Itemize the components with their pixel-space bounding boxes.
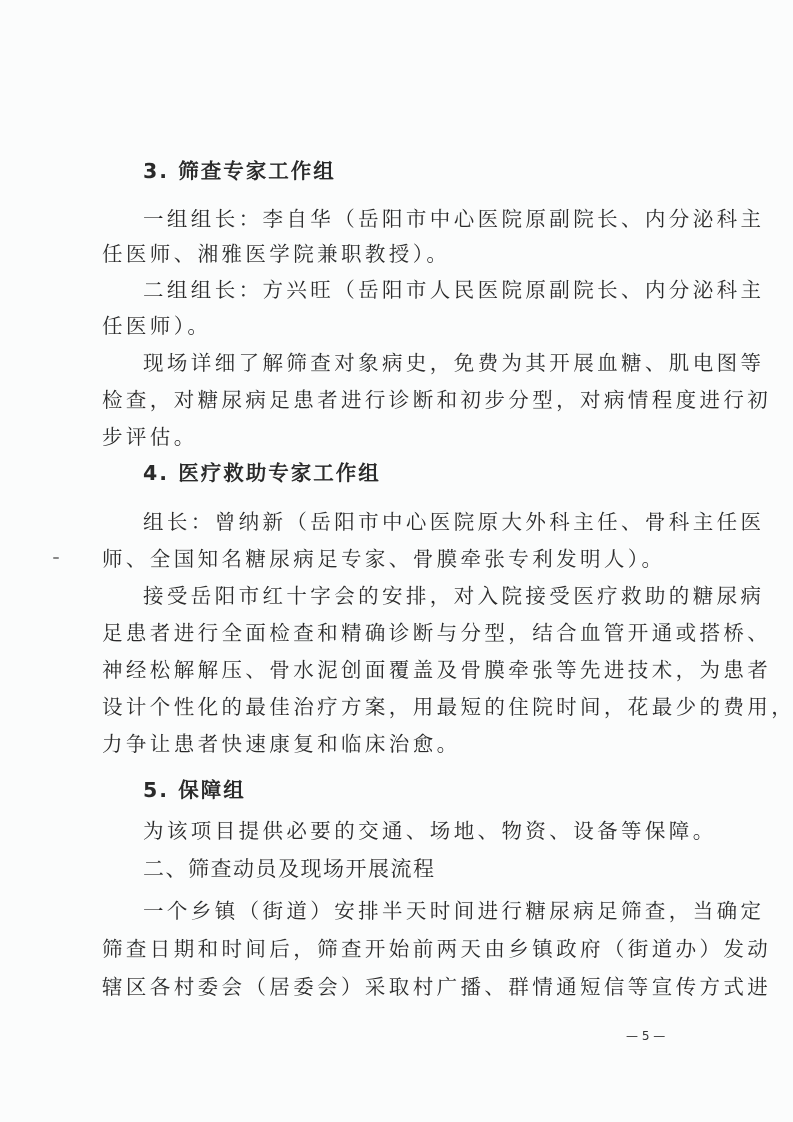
paragraph-line: 二组组长：方兴旺（岳阳市人民医院原副院长、内分泌科主 bbox=[143, 277, 738, 303]
paragraph-line: 足患者进行全面检查和精确诊断与分型，结合血管开通或搭桥、 bbox=[102, 620, 697, 646]
paragraph-line: 现场详细了解筛查对象病史，免费为其开展血糖、肌电图等 bbox=[143, 350, 738, 376]
paragraph-line: 一组组长：李自华（岳阳市中心医院原副院长、内分泌科主 bbox=[143, 206, 738, 232]
section-heading-3: 3. 筛查专家工作组 bbox=[143, 158, 738, 184]
page-number: — 5 — bbox=[626, 1029, 665, 1043]
paragraph-line: 师、全国知名糖尿病足专家、骨膜牵张专利发明人）。 bbox=[102, 546, 697, 572]
paragraph-line: 力争让患者快速康复和临床治愈。 bbox=[102, 731, 697, 757]
paragraph-line: 一个乡镇（街道）安排半天时间进行糖尿病足筛查，当确定 bbox=[143, 898, 738, 924]
paragraph-line: 设计个性化的最佳治疗方案，用最短的住院时间，花最少的费用， bbox=[102, 694, 697, 720]
paragraph-line: 步评估。 bbox=[102, 424, 697, 450]
paragraph-line: 检查，对糖尿病足患者进行诊断和初步分型，对病情程度进行初 bbox=[102, 387, 697, 413]
paragraph-line: 任医师、湘雅医学院兼职教授）。 bbox=[102, 241, 697, 267]
scan-speck bbox=[53, 557, 59, 559]
document-page: 3. 筛查专家工作组 一组组长：李自华（岳阳市中心医院原副院长、内分泌科主 任医… bbox=[0, 0, 793, 1122]
paragraph-line: 接受岳阳市红十字会的安排，对入院接受医疗救助的糖尿病 bbox=[143, 583, 738, 609]
paragraph-line: 辖区各村委会（居委会）采取村广播、群情通短信等宣传方式进 bbox=[102, 974, 697, 1000]
paragraph-line: 为该项目提供必要的交通、场地、物资、设备等保障。 bbox=[143, 818, 738, 844]
paragraph-line: 神经松解解压、骨水泥创面覆盖及骨膜牵张等先进技术，为患者 bbox=[102, 657, 697, 683]
section-heading-4: 4. 医疗救助专家工作组 bbox=[143, 460, 738, 486]
section-heading-5: 5. 保障组 bbox=[143, 777, 738, 803]
paragraph-line: 任医师）。 bbox=[102, 313, 697, 339]
paragraph-line: 组长：曾纳新（岳阳市中心医院原大外科主任、骨科主任医 bbox=[143, 509, 738, 535]
section-heading-2: 二、筛查动员及现场开展流程 bbox=[143, 856, 738, 882]
paragraph-line: 筛查日期和时间后，筛查开始前两天由乡镇政府（街道办）发动 bbox=[102, 936, 697, 962]
